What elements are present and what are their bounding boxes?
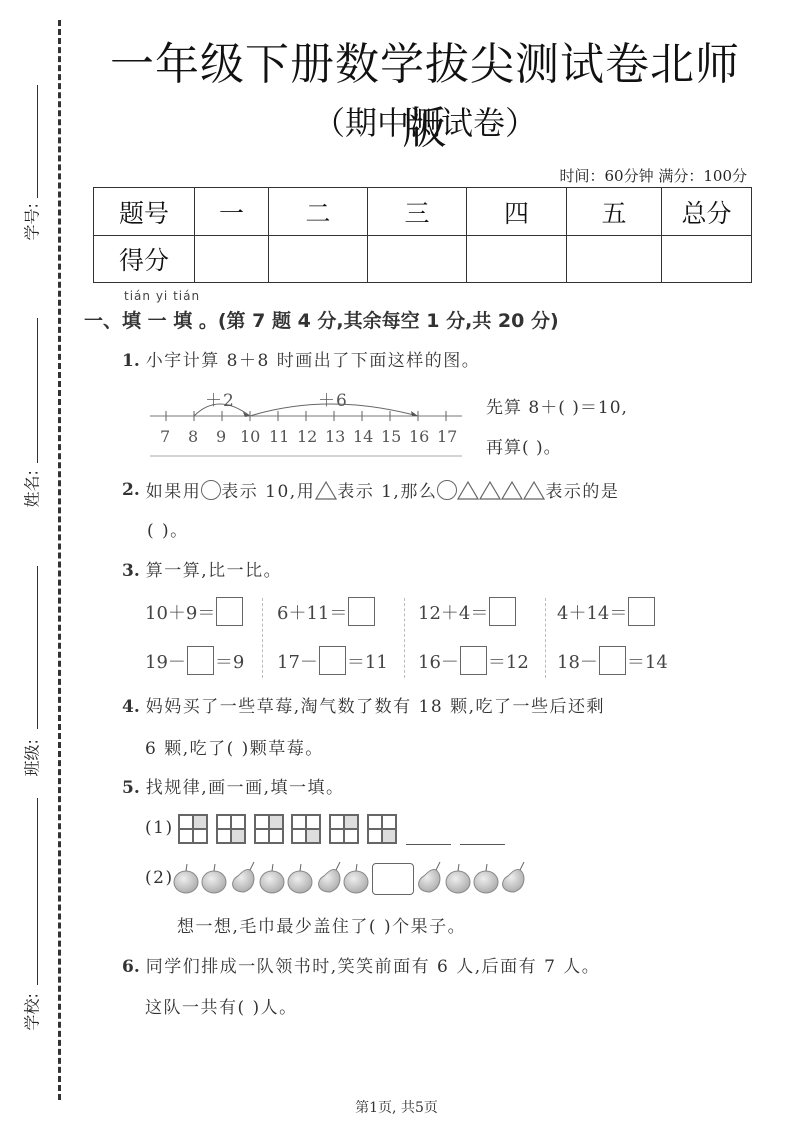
fruit-row [172, 858, 542, 898]
q1-answer-line-1[interactable]: 先算 8＋( )＝10, [486, 393, 628, 418]
question-2: 2. 如果用 表示 10,用 表示 1,那么 表示的是 [122, 477, 619, 502]
apple-icon [446, 864, 470, 893]
student-id-label: 学号: [20, 211, 43, 241]
pattern-square-bottom-right [367, 814, 397, 844]
drawing-blank[interactable] [460, 844, 505, 845]
triangle-icon [479, 480, 501, 500]
question-text: 小宇计算 8＋8 时画出了下面这样的图。 [146, 351, 480, 371]
header-cell-3: 三 [368, 188, 467, 236]
score-cell-2[interactable] [269, 236, 368, 283]
towel-icon [372, 863, 414, 895]
calc-expression: 12＋4＝ [418, 599, 488, 625]
pattern-square-top-right [329, 814, 359, 844]
score-cell-4[interactable] [467, 236, 567, 283]
apple-icon [474, 864, 498, 893]
question-text: 同学们排成一队领书时,笑笑前面有 6 人,后面有 7 人。 [146, 957, 601, 977]
document-subtitle: （期中测试卷） [100, 98, 750, 144]
question-text: 妈妈买了一些草莓,淘气数了数有 18 颗,吃了一些后还剩 [146, 697, 605, 717]
calc-expression: 10＋9＝ [145, 599, 215, 625]
header-cell-total: 总分 [662, 188, 752, 236]
answer-box[interactable] [187, 646, 214, 675]
question-number: 4. [122, 697, 140, 717]
school-line[interactable] [37, 798, 38, 985]
binding-dashed-line [58, 20, 61, 1100]
calc-item: 6＋11＝ [277, 597, 376, 626]
answer-box[interactable] [319, 646, 346, 675]
question-6: 6.同学们排成一队领书时,笑笑前面有 6 人,后面有 7 人。 [122, 952, 600, 977]
jump-label-plus-6: ＋6 [318, 386, 348, 411]
student-id-line[interactable] [37, 85, 38, 198]
pear-icon [319, 862, 340, 892]
tick-label: 9 [216, 427, 226, 446]
tick-label: 14 [353, 427, 373, 446]
score-cell-3[interactable] [368, 236, 467, 283]
calc-item: 4＋14＝ [557, 597, 656, 626]
triangle-icon [523, 480, 545, 500]
apple-icon [260, 864, 284, 893]
triangle-icon [501, 480, 523, 500]
apple-icon [288, 864, 312, 893]
calc-result: ＝11 [347, 648, 388, 674]
score-cell-total[interactable] [662, 236, 752, 283]
q4-answer-blank[interactable]: 6 颗,吃了( )颗草莓。 [145, 734, 324, 759]
answer-box[interactable] [628, 597, 655, 626]
part-2-label: (2) [145, 868, 174, 888]
tick-label: 7 [160, 427, 170, 446]
score-cell-1[interactable] [195, 236, 269, 283]
question-text: 算一算,比一比。 [146, 561, 282, 581]
pear-icon [233, 862, 254, 892]
jump-label-plus-2: ＋2 [205, 386, 235, 411]
class-line[interactable] [37, 566, 38, 729]
score-row-label: 得分 [94, 236, 195, 283]
header-cell-1: 一 [195, 188, 269, 236]
q6-answer-blank[interactable]: 这队一共有( )人。 [145, 993, 298, 1018]
pear-icon [419, 862, 440, 892]
tick-label: 11 [269, 427, 289, 446]
apple-icon [174, 864, 198, 893]
header-cell-5: 五 [567, 188, 662, 236]
apple-icon [344, 864, 368, 893]
calc-item: 17－＝11 [277, 646, 388, 675]
calc-expression: 4＋14＝ [557, 599, 627, 625]
q5-part2-question[interactable]: 想一想,毛巾最少盖住了( )个果子。 [177, 912, 466, 937]
circle-icon [437, 480, 457, 500]
question-number: 2. [122, 480, 140, 500]
calc-expression: 16－ [418, 648, 459, 674]
drawing-blank[interactable] [406, 844, 451, 845]
question-text-part: 表示 10,用 [221, 477, 315, 502]
q1-answer-line-2[interactable]: 再算( )。 [486, 433, 562, 458]
tick-label: 8 [188, 427, 198, 446]
calc-item: 16－＝12 [418, 646, 529, 675]
q2-answer-blank[interactable]: ( )。 [147, 516, 189, 541]
question-1: 1.小宇计算 8＋8 时画出了下面这样的图。 [122, 346, 480, 371]
time-score-info: 时间：60分钟 满分：100分 [560, 165, 748, 186]
question-text: 找规律,画一画,填一填。 [146, 778, 345, 798]
answer-box[interactable] [460, 646, 487, 675]
column-divider [262, 598, 263, 678]
triangle-icon [315, 480, 337, 500]
pattern-square-top-right [178, 814, 208, 844]
name-line[interactable] [37, 318, 38, 463]
pattern-square-bottom-right [216, 814, 246, 844]
pattern-square-top-right [254, 814, 284, 844]
question-3: 3.算一算,比一比。 [122, 556, 282, 581]
calc-expression: 17－ [277, 648, 318, 674]
question-number: 1. [122, 351, 140, 371]
answer-box[interactable] [348, 597, 375, 626]
pattern-square-bottom-right [291, 814, 321, 844]
calc-result: ＝14 [627, 648, 668, 674]
calc-item: 12＋4＝ [418, 597, 517, 626]
score-table-header-row: 题号 一 二 三 四 五 总分 [94, 188, 752, 236]
answer-box[interactable] [489, 597, 516, 626]
score-table-score-row: 得分 [94, 236, 752, 283]
pear-icon [503, 862, 524, 892]
question-text-part: 如果用 [146, 477, 202, 502]
header-cell-question-no: 题号 [94, 188, 195, 236]
question-number: 6. [122, 957, 140, 977]
calc-item: 10＋9＝ [145, 597, 244, 626]
calc-expression: 6＋11＝ [277, 599, 347, 625]
circle-icon [201, 480, 221, 500]
column-divider [404, 598, 405, 678]
calc-result: ＝12 [488, 648, 529, 674]
tick-label: 15 [381, 427, 401, 446]
number-line-diagram [148, 384, 468, 464]
question-5: 5.找规律,画一画,填一填。 [122, 773, 345, 798]
page-number: 第1页, 共5页 [0, 1097, 793, 1117]
tick-label: 16 [409, 427, 429, 446]
triangle-icon [457, 480, 479, 500]
header-cell-2: 二 [269, 188, 368, 236]
school-label: 学校: [20, 1001, 43, 1031]
question-4: 4.妈妈买了一些草莓,淘气数了数有 18 颗,吃了一些后还剩 [122, 692, 605, 717]
tick-label: 10 [240, 427, 260, 446]
answer-box[interactable] [599, 646, 626, 675]
calc-item: 18－＝14 [557, 646, 668, 675]
apple-icon [202, 864, 226, 893]
question-text-part: 表示的是 [545, 477, 619, 502]
column-divider [545, 598, 546, 678]
calc-result: ＝9 [215, 648, 244, 674]
tick-label: 13 [325, 427, 345, 446]
question-number: 3. [122, 561, 140, 581]
header-cell-4: 四 [467, 188, 567, 236]
answer-box[interactable] [216, 597, 243, 626]
score-cell-5[interactable] [567, 236, 662, 283]
tick-label: 12 [297, 427, 317, 446]
name-label: 姓名: [20, 478, 43, 508]
class-label: 班级: [20, 747, 43, 777]
part-1-label: (1) [145, 818, 174, 838]
calc-item: 19－＝9 [145, 646, 244, 675]
question-text-part: 表示 1,那么 [337, 477, 437, 502]
calc-expression: 19－ [145, 648, 186, 674]
score-table: 题号 一 二 三 四 五 总分 得分 [93, 187, 752, 283]
calc-expression: 18－ [557, 648, 598, 674]
question-number: 5. [122, 778, 140, 798]
section-pinyin: tián yi tián [124, 289, 200, 303]
tick-label: 17 [437, 427, 457, 446]
section-heading: 一、填 一 填 。(第 7 题 4 分,其余每空 1 分,共 20 分) [84, 306, 559, 333]
